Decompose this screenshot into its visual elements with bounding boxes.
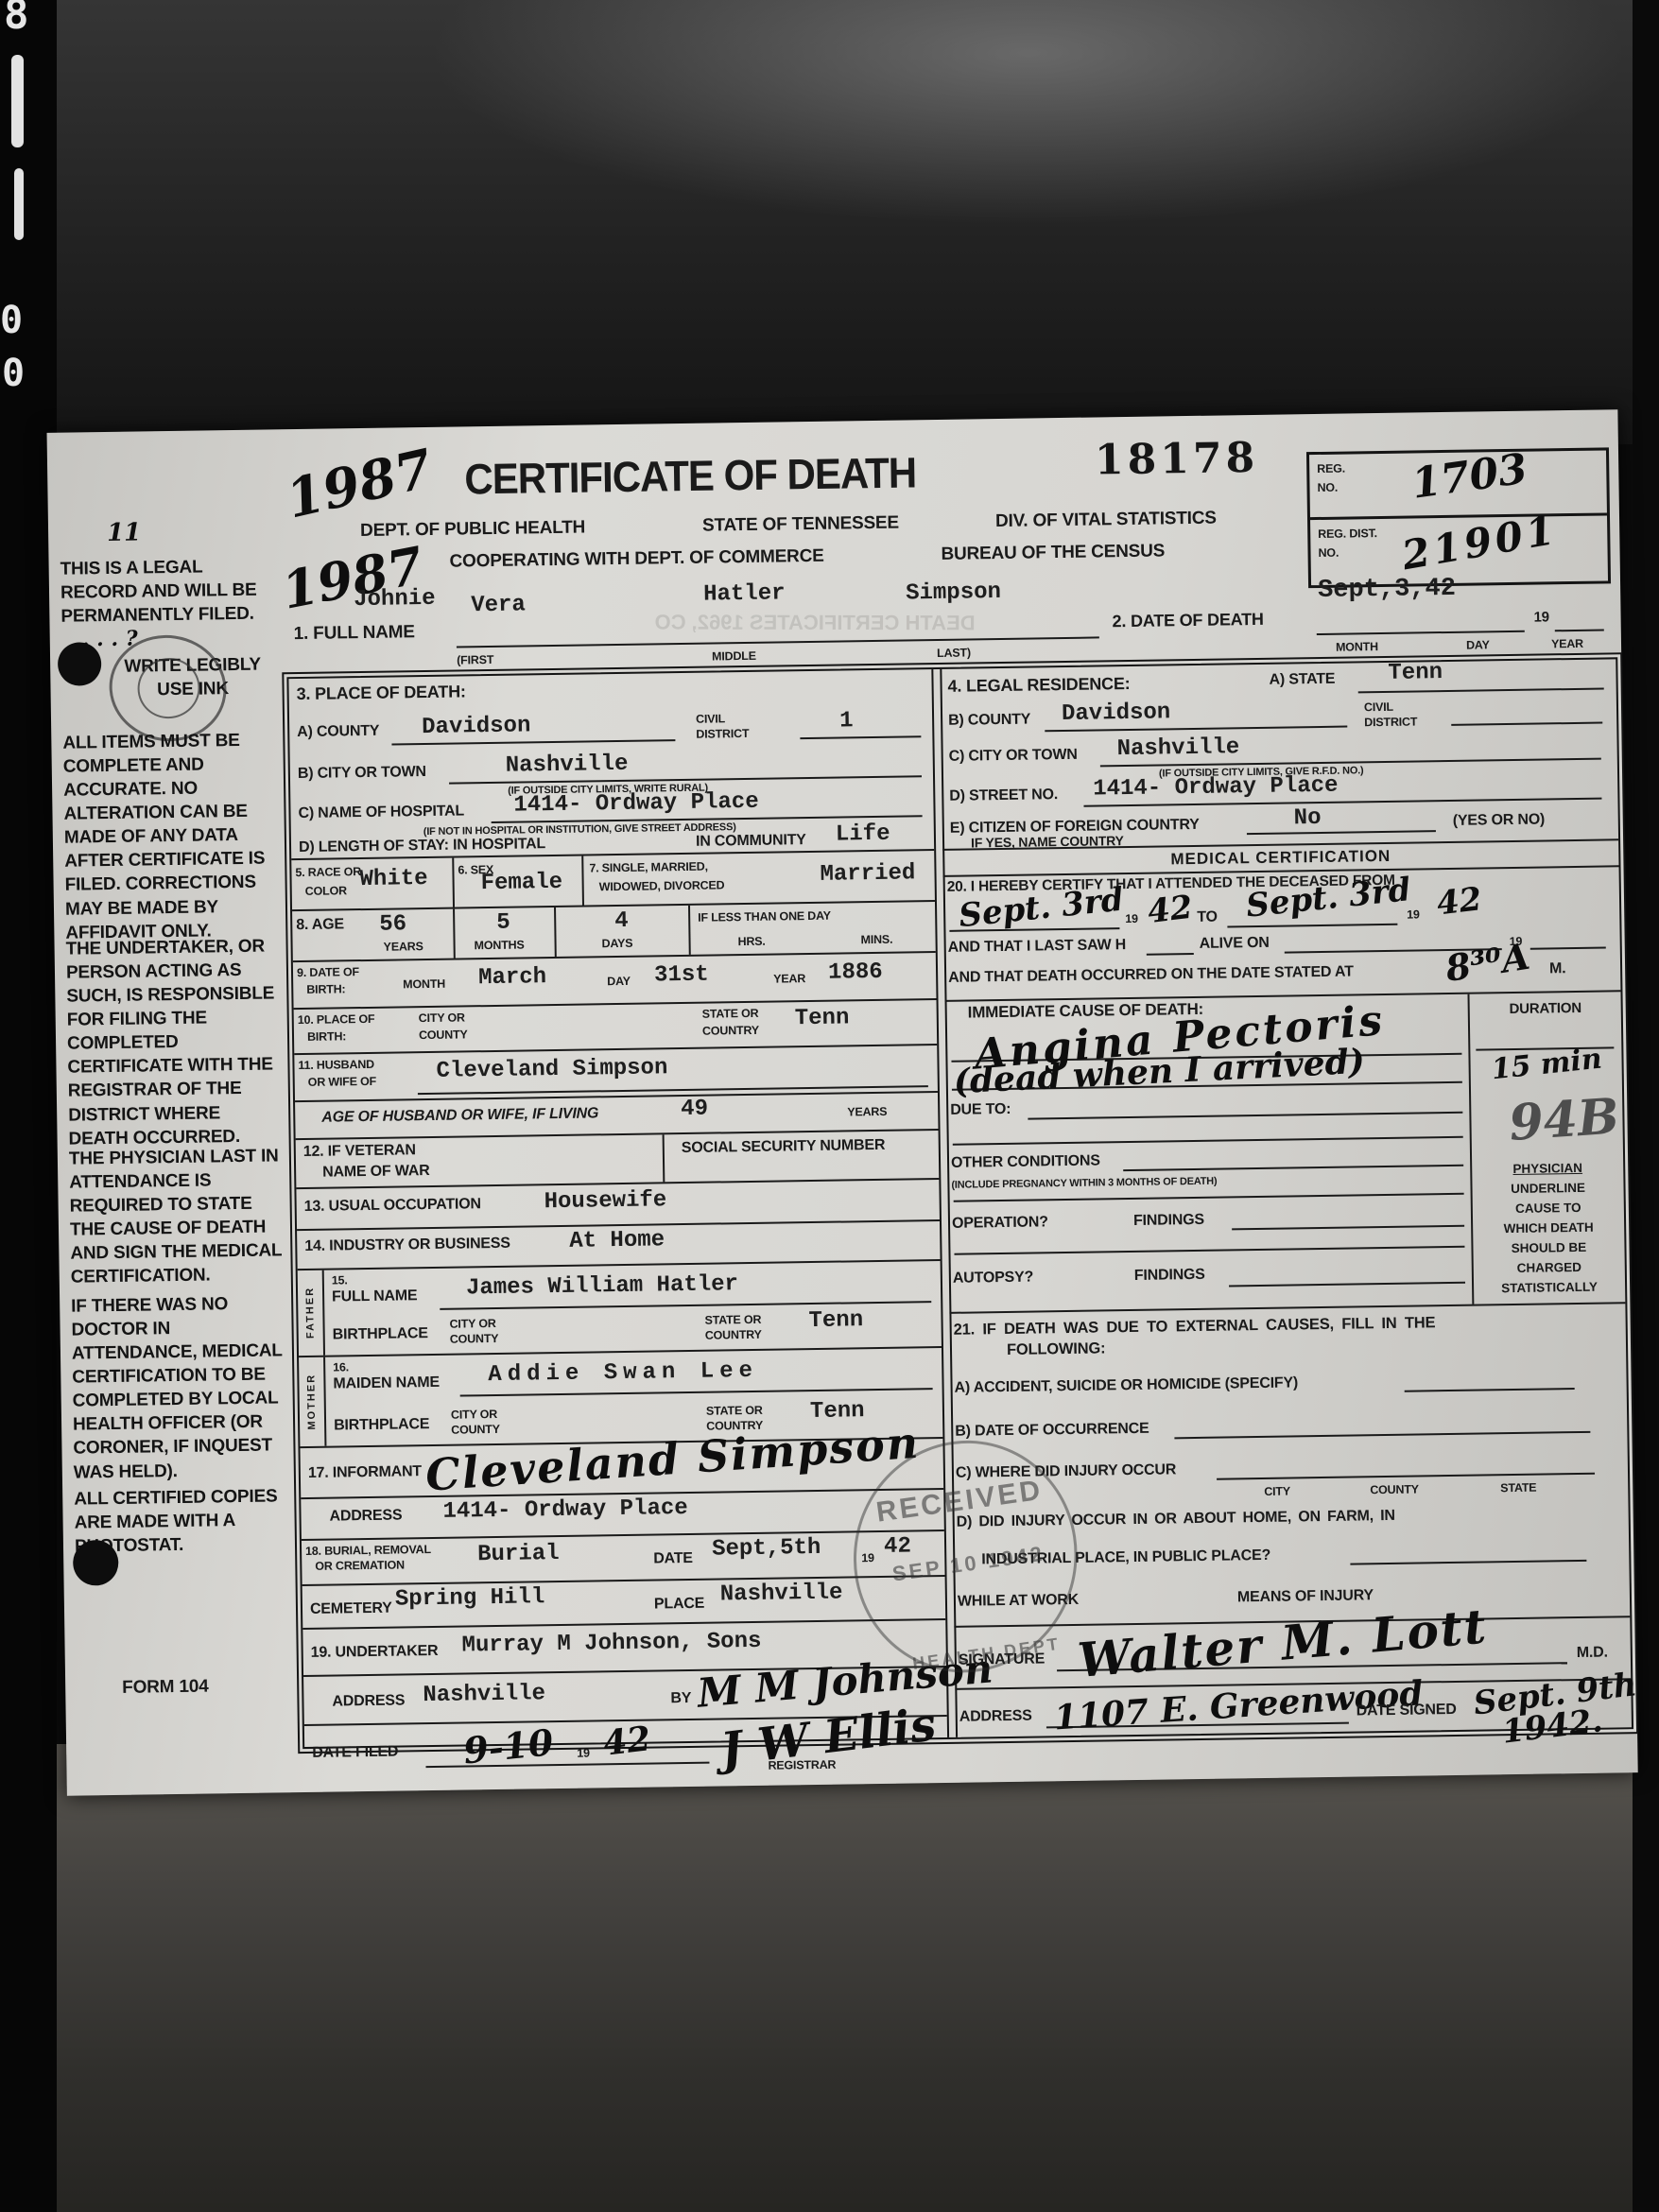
due-to-row: DUE TO: (946, 1085, 1470, 1151)
item8-label: 8. AGE (296, 916, 344, 934)
item10-state-value: Tenn (795, 1005, 850, 1031)
item8-years-cell: 8. AGE 56 YEARS (292, 909, 456, 961)
physician-address-label: ADDRESS (959, 1708, 1032, 1726)
immediate-cause-row: IMMEDIATE CAUSE OF DEATH: Angina Pectori… (945, 994, 1469, 1093)
scanned-death-certificate-page: { "film": {"d8": "8", "z1": "0", "z2": "… (0, 0, 1659, 2212)
name-first2: Vera (471, 592, 526, 618)
other-conditions-label: OTHER CONDITIONS (951, 1152, 1100, 1171)
sub-middle: MIDDLE (712, 649, 756, 664)
item14-value: At Home (569, 1227, 665, 1253)
item19-by-label: BY (670, 1690, 691, 1707)
md-label: M.D. (1577, 1645, 1608, 1662)
sub-last: LAST) (937, 646, 971, 660)
item4-city-label: C) CITY OR TOWN (949, 747, 1078, 766)
item3-place-of-death: 3. PLACE OF DEATH: A) COUNTY Davidson CI… (288, 669, 934, 860)
item8-days-value: 4 (614, 908, 629, 934)
item5-6-7-row: 5. RACE OR COLOR White 6. SEX Female 7. … (291, 851, 935, 911)
item10-state-label2: COUNTRY (702, 1024, 759, 1038)
physician-note-line: STATISTICALLY (1474, 1277, 1625, 1299)
item12-label1: 12. IF VETERAN (303, 1142, 416, 1161)
item3-community-value: Life (836, 821, 890, 848)
item21-means-label: MEANS OF INJURY (1237, 1587, 1374, 1606)
item3-civil-value: 1 (839, 708, 854, 734)
registration-box: REG. NO. 1703 REG. DIST. NO. 21901 (1306, 447, 1611, 588)
cause-left: IMMEDIATE CAUSE OF DEATH: Angina Pectori… (945, 994, 1473, 1312)
item3-civil-label1: CIVIL (696, 712, 725, 725)
item7-label1: 7. SINGLE, MARRIED, (589, 860, 708, 875)
mother-birthplace-label: BIRTHPLACE (334, 1416, 429, 1434)
item5-label1: 5. RACE OR (295, 865, 361, 879)
item11-age-value: 49 (681, 1097, 708, 1122)
date-of-death-label: 2. DATE OF DEATH (1112, 610, 1263, 631)
item6-sex: 6. SEX Female (454, 856, 584, 907)
item8-years-value: 56 (379, 911, 406, 937)
item8-less-cell: IF LESS THAN ONE DAY HRS. MINS. (690, 902, 936, 955)
item20-line3: AND THAT DEATH OCCURRED ON THE DATE STAT… (948, 963, 1354, 986)
rule (1232, 1225, 1464, 1231)
full-name-label: 1. FULL NAME (294, 622, 415, 645)
item8-months-value: 5 (496, 910, 510, 936)
item4-civil1: CIVIL (1364, 700, 1393, 714)
item10-label1: 10. PLACE OF (298, 1012, 375, 1027)
item14-label: 14. INDUSTRY OR BUSINESS (304, 1236, 510, 1255)
date-filed-value: 9-10 (461, 1720, 555, 1771)
item5-value: White (359, 866, 427, 892)
item3-city-label: B) CITY OR TOWN (298, 764, 426, 783)
item21-county-sub: COUNTY (1370, 1483, 1419, 1497)
instruction-physician: THE PHYSICIAN LAST IN ATTENDANCE IS REQU… (69, 1144, 286, 1289)
photo-background-right (1633, 0, 1659, 2212)
item17-address-label: ADDRESS (329, 1507, 402, 1525)
duration-label: DURATION (1470, 999, 1621, 1017)
reg-dist-label-1: REG. DIST. (1318, 527, 1377, 541)
item21-state-sub: STATE (1500, 1481, 1536, 1495)
item8-days-unit: DAYS (601, 937, 632, 950)
physician-note: PHYSICIAN UNDERLINE CAUSE TO WHICH DEATH… (1472, 1158, 1625, 1299)
item11-label2: OR WIFE OF (308, 1075, 377, 1089)
date-of-death-value: Sept,3,42 (1318, 575, 1456, 605)
pencil-code: 94B (1508, 1087, 1621, 1152)
reg-dist-label-2: NO. (1318, 546, 1339, 560)
item7-value: Married (820, 860, 915, 887)
rule (460, 1388, 933, 1396)
item21-city-sub: CITY (1264, 1485, 1290, 1498)
father-state-label2: COUNTRY (705, 1328, 762, 1342)
name-last: Simpson (906, 579, 1001, 606)
reg-no-label-1: REG. (1317, 462, 1345, 475)
item11-label1: 11. HUSBAND (298, 1058, 374, 1072)
father-city-label1: CITY OR (449, 1317, 495, 1331)
item4-city-value: Nashville (1116, 734, 1239, 762)
father-num: 15. (332, 1273, 348, 1287)
mother-city-label2: COUNTY (451, 1423, 500, 1437)
item4-county-value: Davidson (1062, 700, 1171, 727)
date-filed-label: DATE FILED (312, 1744, 398, 1762)
father-side-label: FATHER (304, 1287, 317, 1339)
father-name-label: FULL NAME (332, 1287, 418, 1305)
instruction-no-doctor: IF THERE WAS NO DOCTOR IN ATTENDANCE, ME… (71, 1291, 289, 1484)
item3-county-label: A) COUNTY (297, 723, 379, 741)
mother-num: 16. (333, 1360, 349, 1374)
date-filed-year: 42 (601, 1719, 653, 1764)
item12-divider (663, 1134, 665, 1182)
reg-no-label-2: NO. (1317, 481, 1338, 494)
item11-age-unit: YEARS (847, 1105, 887, 1119)
item11-spouse-value: Cleveland Simpson (436, 1055, 667, 1084)
item9-year-value: 1886 (828, 959, 883, 986)
form-number: FORM 104 (122, 1677, 209, 1699)
item5-label2: COLOR (305, 884, 347, 898)
item3-hospital-value: 1414- Ordway Place (513, 789, 759, 819)
header-cooperating: COOPERATING WITH DEPT. OF COMMERCE (449, 546, 823, 573)
item12-label2: NAME OF WAR (322, 1163, 430, 1182)
instruction-legal-record: THIS IS A LEGAL RECORD AND WILL BE PERMA… (60, 554, 276, 629)
rule (1217, 1473, 1595, 1480)
rule (800, 735, 921, 739)
item7-marital: 7. SINGLE, MARRIED, WIDOWED, DIVORCED Ma… (583, 851, 935, 905)
physician-note-line: SHOULD BE (1473, 1237, 1624, 1259)
father-state-value: Tenn (808, 1307, 863, 1334)
header-dept: DEPT. OF PUBLIC HEALTH (360, 517, 585, 542)
name-middle: Hatler (703, 580, 786, 607)
item20-line2a: AND THAT I LAST SAW H (948, 937, 1127, 957)
item4-yesno-note: (YES OR NO) (1453, 811, 1546, 829)
item10-label2: BIRTH: (307, 1029, 346, 1044)
instruction-undertaker: THE UNDERTAKER, OR PERSON ACTING AS SUCH… (65, 934, 284, 1150)
item4-state-value: Tenn (1388, 660, 1443, 686)
physician-note-line: PHYSICIAN (1472, 1158, 1623, 1180)
date-filed-19: 19 (577, 1747, 590, 1760)
photo-background-top (0, 0, 1659, 444)
attended-from-year: 42 (1146, 889, 1195, 931)
item18-label1: 18. BURIAL, REMOVAL (305, 1543, 431, 1558)
item8-less-label: IF LESS THAN ONE DAY (698, 909, 831, 925)
duration-column: DURATION 15 min 94B PHYSICIAN UNDERLINE … (1467, 992, 1625, 1304)
registrar-label: REGISTRAR (768, 1758, 836, 1772)
item18-cemetery-label: CEMETERY (310, 1600, 392, 1618)
mother-side-label: MOTHER (305, 1374, 318, 1430)
film-edge-bar (14, 168, 24, 240)
rule (391, 739, 675, 745)
item4-legal-residence: 4. LEGAL RESIDENCE: A) STATE Tenn B) COU… (940, 659, 1618, 851)
attended-to-year: 42 (1435, 880, 1484, 923)
autopsy-label: AUTOPSY? (953, 1270, 1033, 1287)
father-section: FATHER 15. FULL NAME James William Hatle… (298, 1261, 942, 1357)
from-19: 19 (1125, 912, 1138, 925)
mother-side-strip: MOTHER (299, 1357, 326, 1446)
reg-no-value: 1703 (1408, 444, 1529, 508)
item21-heading2: FOLLOWING: (1007, 1339, 1106, 1359)
item4-street-value: 1414- Ordway Place (1093, 773, 1339, 803)
item3-hospital-label: C) NAME OF HOSPITAL (298, 803, 464, 822)
item5-race: 5. RACE OR COLOR White (291, 858, 455, 910)
death-time-value: 8³⁰A (1443, 935, 1532, 990)
item3-stay-label: D) LENGTH OF STAY: IN HOSPITAL (299, 836, 545, 856)
sub-day: DAY (1466, 638, 1490, 651)
punch-hole (73, 1540, 119, 1586)
item8-mins-label: MINS. (860, 933, 892, 946)
item18-place-value: Nashville (720, 1581, 843, 1608)
film-edge-digit: 8 (4, 0, 29, 39)
rule (1229, 1282, 1465, 1287)
item12-ssn-label: SOCIAL SECURITY NUMBER (682, 1137, 886, 1157)
item3-heading: 3. PLACE OF DEATH: (296, 682, 465, 704)
other-conditions-note: (INCLUDE PREGNANCY WITHIN 3 MONTHS OF DE… (951, 1176, 1217, 1191)
item8-age-row: 8. AGE 56 YEARS 5 MONTHS 4 DAYS IF LESS … (292, 902, 936, 962)
father-name-value: James William Hatler (466, 1271, 738, 1301)
item6-value: Female (480, 870, 562, 896)
instruction-margin-strip: 11 THIS IS A LEGAL RECORD AND WILL BE PE… (47, 429, 303, 1796)
rule (1147, 953, 1194, 956)
address-signed-row: ADDRESS 1107 E. Greenwood DATE SIGNED Se… (955, 1680, 1632, 1749)
mother-state-label1: STATE OR (706, 1404, 763, 1418)
item19-label: 19. UNDERTAKER (311, 1643, 439, 1662)
item3-community-label: IN COMMUNITY (696, 832, 806, 851)
item10-city-label1: CITY OR (419, 1011, 465, 1025)
sub-year: YEAR (1551, 637, 1583, 651)
item4-civil2: DISTRICT (1364, 715, 1417, 729)
item18-date-label: DATE (653, 1550, 693, 1568)
item11-age-label: AGE OF HUSBAND OR WIFE, IF LIVING (321, 1105, 598, 1126)
item8-years-unit: YEARS (384, 940, 423, 954)
rule (1530, 947, 1606, 950)
item13-value: Housewife (544, 1187, 666, 1215)
item18-label2: OR CREMATION (315, 1558, 405, 1572)
rule (1174, 1431, 1590, 1440)
item19-value: Murray M Johnson, Sons (461, 1629, 761, 1659)
operation-row: OPERATION? FINDINGS (948, 1201, 1472, 1261)
rule (1358, 688, 1604, 694)
item8-days-cell: 4 DAYS (556, 906, 691, 957)
item21-a-label: A) ACCIDENT, SUICIDE OR HOMICIDE (SPECIF… (954, 1374, 1298, 1396)
autopsy-row: AUTOPSY? FINDINGS (949, 1253, 1473, 1312)
handwritten-note-11: 11 (107, 518, 142, 547)
item13-label: 13. USUAL OCCUPATION (304, 1196, 481, 1216)
father-state-label1: STATE OR (704, 1313, 761, 1327)
operation-label: OPERATION? (952, 1214, 1048, 1233)
header-division: DIV. OF VITAL STATISTICS (995, 509, 1217, 532)
father-birthplace-label: BIRTHPLACE (333, 1325, 428, 1343)
rule (1451, 722, 1602, 726)
sub-month: MONTH (1336, 640, 1378, 654)
item19-address-value: Nashville (423, 1681, 545, 1708)
date-filed-row: DATE FILED 9-10 19 42 J W Ellis REGISTRA… (304, 1717, 948, 1781)
item10-city-label2: COUNTY (419, 1028, 468, 1042)
sub-first: (FIRST (457, 653, 493, 667)
item4-state-label: A) STATE (1269, 671, 1335, 689)
other-conditions-row: OTHER CONDITIONS (INCLUDE PREGNANCY WITH… (947, 1144, 1471, 1208)
date-of-death-19: 19 (1533, 609, 1549, 625)
item8-hrs-label: HRS. (737, 935, 765, 948)
item21-b-label: B) DATE OF OCCURRENCE (955, 1421, 1149, 1441)
item20-line2b: ALIVE ON (1200, 935, 1270, 953)
item21-heading1: 21. IF DEATH WAS DUE TO EXTERNAL CAUSES,… (954, 1314, 1436, 1339)
item9-label2: BIRTH: (306, 982, 345, 996)
item18-type-value: Burial (477, 1541, 560, 1567)
film-edge-digit: 0 (2, 352, 25, 395)
physician-note-line: WHICH DEATH (1473, 1218, 1624, 1239)
rule (1028, 1112, 1462, 1120)
header-state: STATE OF TENNESSEE (702, 513, 899, 537)
rule (1247, 830, 1436, 835)
reg-dist-row: REG. DIST. NO. 21901 (1310, 515, 1608, 582)
item9-month-label: MONTH (403, 977, 445, 992)
header-bureau: BUREAU OF THE CENSUS (941, 541, 1165, 565)
certificate-paper: 11 THIS IS A LEGAL RECORD AND WILL BE PE… (47, 409, 1638, 1795)
name-first: Johnie (354, 586, 436, 613)
item17-informant: 17. INFORMANT Cleveland Simpson (300, 1439, 943, 1499)
item8-months-unit: MONTHS (475, 938, 525, 952)
mother-name-value: Addie Swan Lee (488, 1358, 758, 1388)
item18-date-value: Sept,5th (712, 1535, 821, 1563)
date-of-death-rule (1317, 631, 1525, 635)
item9-day-value: 31st (654, 962, 709, 989)
instruction-all-items: ALL ITEMS MUST BE COMPLETE AND ACCURATE.… (62, 728, 281, 944)
item9-label1: 9. DATE OF (297, 965, 359, 979)
serial-number-stamp: 18178 (1095, 434, 1259, 485)
ink-blot-punch-hole (58, 642, 102, 686)
autopsy-findings-label: FINDINGS (1134, 1267, 1205, 1285)
film-edge-digit: 0 (0, 299, 23, 342)
item4-street-label: D) STREET NO. (949, 786, 1058, 805)
physician-note-line: UNDERLINE (1472, 1178, 1623, 1200)
item17-label: 17. INFORMANT (308, 1463, 422, 1482)
item7-label2: WIDOWED, DIVORCED (599, 878, 725, 893)
to-19: 19 (1407, 907, 1420, 921)
cause-block: IMMEDIATE CAUSE OF DEATH: Angina Pectori… (945, 992, 1626, 1314)
left-column: 3. PLACE OF DEATH: A) COUNTY Davidson CI… (288, 669, 947, 1747)
item18-place-label: PLACE (654, 1596, 704, 1614)
item20-attended: 20. I HEREBY CERTIFY THAT I ATTENDED THE… (943, 867, 1621, 1002)
bleed-through-text: DEATH CERTIFICATES 1962, CO (655, 610, 976, 635)
item17-address-value: 1414- Ordway Place (442, 1495, 688, 1525)
photo-background-bottom (0, 1744, 1659, 2212)
father-city-label2: COUNTY (450, 1332, 499, 1346)
item9-year-label: YEAR (773, 972, 805, 986)
item4-heading: 4. LEGAL RESIDENCE: (947, 674, 1130, 697)
item19-address-label: ADDRESS (332, 1692, 405, 1710)
rule (1350, 1560, 1586, 1565)
full-name-rule (457, 636, 1099, 648)
item4-county-label: B) COUNTY (948, 712, 1030, 730)
item18-cemetery-value: Spring Hill (395, 1584, 545, 1612)
certificate-title: CERTIFICATE OF DEATH (388, 447, 994, 505)
item10-state-label1: STATE OR (702, 1007, 759, 1021)
operation-findings-label: FINDINGS (1133, 1212, 1204, 1230)
item8-months-cell: 5 MONTHS (455, 907, 557, 959)
date-signed-label: DATE SIGNED (1357, 1702, 1457, 1720)
item4-citizen-value: No (1294, 805, 1322, 831)
rule (1405, 1388, 1575, 1392)
physician-note-line: CAUSE TO (1473, 1198, 1624, 1219)
rule (1123, 1165, 1463, 1171)
item9-day-label: DAY (607, 975, 631, 988)
film-edge-bar (11, 55, 24, 147)
item3-hospital-note: (IF NOT IN HOSPITAL OR INSTITUTION, GIVE… (423, 821, 736, 838)
physician-note-line: CHARGED (1474, 1257, 1625, 1279)
item20-m: M. (1549, 960, 1566, 977)
date-of-death-year-rule (1555, 630, 1604, 632)
reg-no-row: REG. NO. 1703 (1309, 450, 1607, 520)
mother-name-label: MAIDEN NAME (333, 1374, 440, 1393)
father-side-strip: FATHER (298, 1270, 325, 1356)
mother-city-label1: CITY OR (451, 1408, 497, 1422)
item3-county-value: Davidson (422, 713, 531, 740)
due-to-label: DUE TO: (950, 1101, 1011, 1119)
to-label: TO (1197, 909, 1218, 926)
item3-civil-label2: DISTRICT (696, 727, 749, 741)
item3-city-value: Nashville (506, 752, 629, 779)
item9-month-value: March (478, 964, 546, 991)
